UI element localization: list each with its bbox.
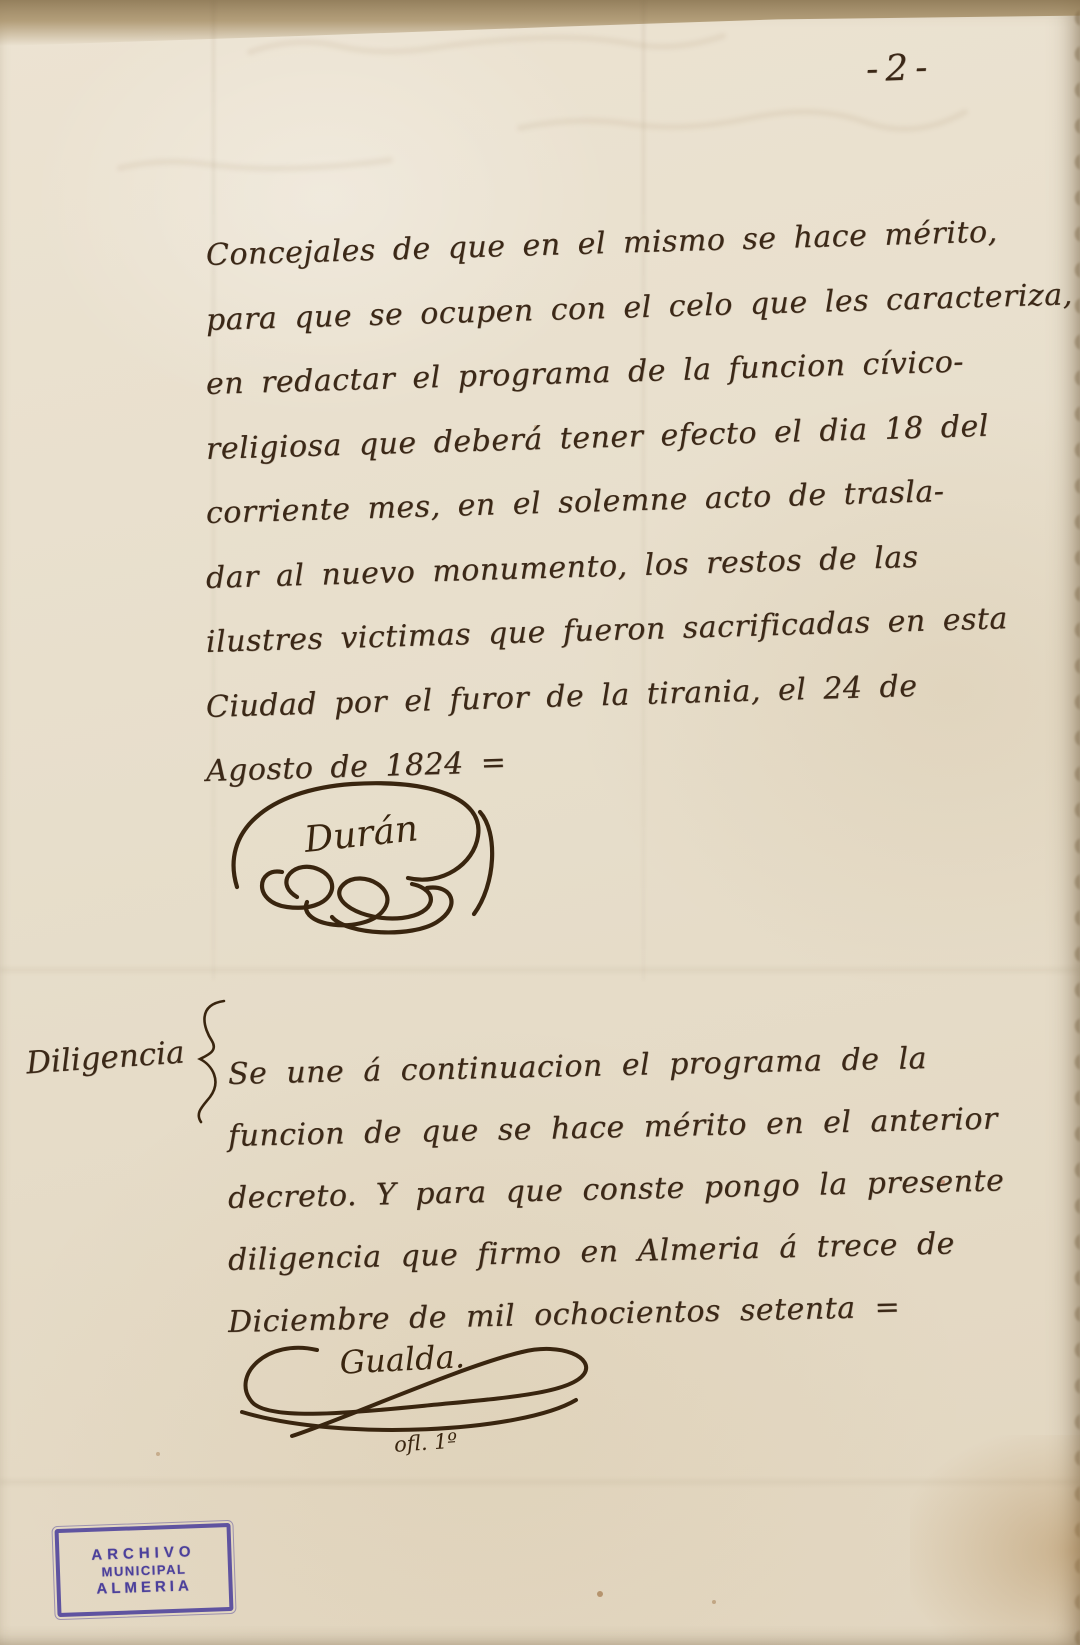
duran-signature-name: Durán — [301, 808, 420, 861]
diligencia-paragraph: Se une á continuacion el programa de la … — [228, 1044, 1004, 1354]
stamp-line: MUNICIPAL — [101, 1561, 186, 1579]
duran-signature-block: Durán — [212, 772, 512, 947]
duran-signature-flourish — [234, 783, 493, 932]
decree-paragraph: Concejales de que en el mismo se hace mé… — [206, 224, 1073, 805]
paper-fold — [0, 968, 1080, 972]
scanned-manuscript-page: -2- Concejales de que en el mismo se hac… — [0, 0, 1080, 1645]
gualda-signature-block: Gualda. ofl. 1º — [222, 1322, 622, 1482]
stamp-line: ALMERIA — [96, 1577, 193, 1597]
gualda-signature-title: ofl. 1º — [393, 1429, 458, 1457]
page-number: -2- — [865, 47, 935, 90]
paper-stain — [910, 1435, 1080, 1645]
bleed-through-ghost-writing — [0, 0, 1080, 200]
archive-stamp: ARCHIVO MUNICIPAL ALMERIA — [55, 1523, 234, 1617]
gualda-signature-name: Gualda. — [339, 1337, 466, 1382]
margin-note-label: Diligencia — [25, 1035, 186, 1082]
